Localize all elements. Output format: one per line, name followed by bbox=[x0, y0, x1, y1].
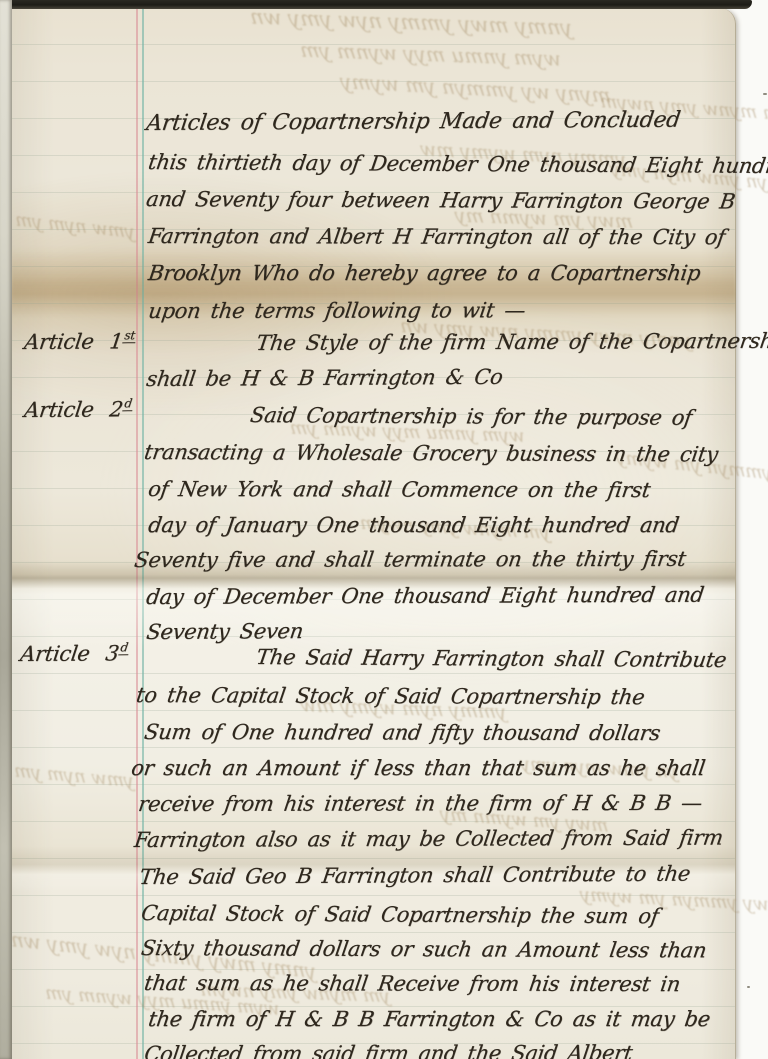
scanner-edge-top bbox=[0, 0, 752, 9]
article-word: Article bbox=[23, 330, 95, 354]
manuscript-line: Collected from said firm and the Said Al… bbox=[143, 1042, 634, 1059]
article-label: Article3d bbox=[19, 641, 130, 666]
manuscript-line: and Seventy four between Harry Farringto… bbox=[145, 188, 737, 214]
article-word: Article bbox=[23, 398, 95, 422]
article-ordinal-suffix: d bbox=[122, 396, 133, 411]
manuscript-line: shall be H & B Farrington & Co bbox=[145, 366, 504, 391]
manuscript-line: of New York and shall Commence on the fi… bbox=[147, 478, 652, 502]
manuscript-line: Seventy five and shall terminate on the … bbox=[133, 548, 687, 572]
scanned-document: ynmy mwy ymmy nyw ymy wnwym ynmu myy wyn… bbox=[0, 0, 768, 1059]
manuscript-line: or such an Amount if less than that sum … bbox=[130, 757, 707, 780]
manuscript-line: The Style of the firm Name of the Copart… bbox=[255, 330, 768, 355]
manuscript-line: The Said Harry Farrington shall Contribu… bbox=[255, 646, 728, 672]
scan-speck bbox=[747, 986, 750, 988]
manuscript-line: transacting a Wholesale Grocery business… bbox=[143, 441, 720, 466]
article-ordinal-suffix: d bbox=[118, 640, 129, 655]
manuscript-line: Sixty thousand dollars or such an Amount… bbox=[140, 937, 708, 962]
article-label: Article2d bbox=[23, 397, 134, 422]
manuscript-line: to the Capital Stock of Said Copartnersh… bbox=[135, 684, 646, 709]
manuscript-line: Sum of One hundred and fifty thousand do… bbox=[143, 721, 662, 745]
page-gutter-edge bbox=[0, 0, 12, 1059]
manuscript-line: Farrington and Albert H Farrington all o… bbox=[147, 225, 727, 249]
manuscript-line: the firm of H & B B Farrington & Co as i… bbox=[147, 1008, 712, 1031]
scan-speck bbox=[763, 93, 767, 95]
article-label: Article1st bbox=[23, 329, 137, 354]
manuscript-line: Capital Stock of Said Copartnership the … bbox=[140, 902, 660, 928]
margin-rule-red bbox=[136, 8, 138, 1059]
manuscript-line: this thirtieth day of December One thous… bbox=[147, 151, 768, 178]
manuscript-line: day of December One thousand Eight hundr… bbox=[145, 584, 705, 609]
manuscript-line: Said Copartnership is for the purpose of bbox=[249, 404, 694, 430]
manuscript-line: that sum as he shall Receive from his in… bbox=[143, 972, 682, 996]
article-word: Article bbox=[19, 642, 91, 666]
manuscript-line: day of January One thousand Eight hundre… bbox=[147, 514, 681, 537]
manuscript-line: receive from his interest in the firm of… bbox=[137, 792, 704, 816]
manuscript-line: Farrington also as it may be Collected f… bbox=[133, 827, 725, 853]
article-ordinal-suffix: st bbox=[122, 328, 136, 343]
manuscript-line: The Said Geo B Farrington shall Contribu… bbox=[138, 863, 692, 890]
manuscript-line: upon the terms following to wit — bbox=[147, 299, 527, 323]
manuscript-line: Seventy Seven bbox=[145, 620, 305, 644]
manuscript-line: Articles of Copartnership Made and Concl… bbox=[145, 109, 682, 137]
manuscript-line: Brooklyn Who do hereby agree to a Copart… bbox=[147, 262, 702, 285]
